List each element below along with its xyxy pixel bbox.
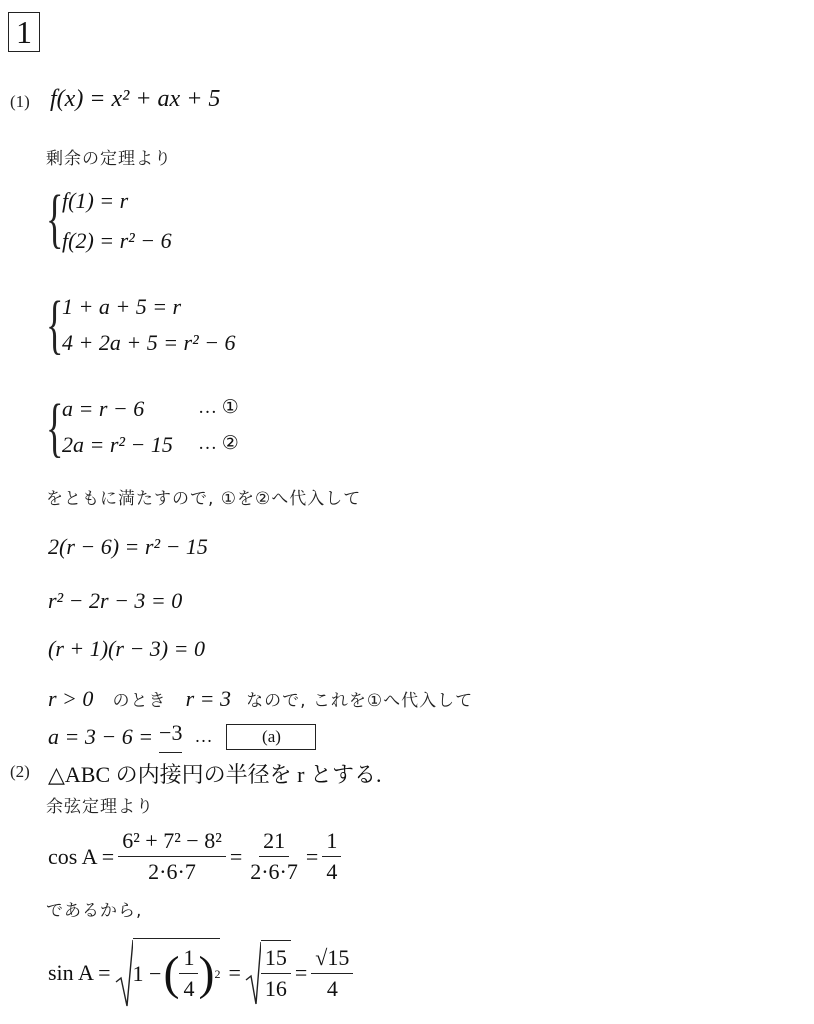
- sin-frac-num: 15: [261, 943, 291, 974]
- part1-label: (1): [10, 92, 30, 112]
- sin-inner-frac: 1 4: [179, 943, 198, 1004]
- condition-value: r = 3: [186, 686, 231, 711]
- system3-mark2: … ②: [198, 432, 239, 455]
- cos-frac-3-den: 4: [322, 857, 341, 887]
- step-2: r² − 2r − 3 = 0: [48, 588, 182, 614]
- cos-lhs: cos A =: [48, 844, 114, 870]
- cos-frac-1-den: 2·6·7: [144, 857, 200, 887]
- system1-eq2: f(2) = r² − 6: [62, 228, 172, 254]
- cos-frac-2-den: 2·6·7: [246, 857, 302, 887]
- system3-brace: {: [46, 395, 63, 461]
- sin-result-den: 4: [323, 974, 342, 1004]
- system3-mark1: … ①: [198, 396, 239, 419]
- sqrt-radicand-1: 1 − ( 1 4 ) 2: [133, 938, 221, 1004]
- sin-result-frac: √15 4: [311, 943, 353, 1004]
- system1-eq1: f(1) = r: [62, 188, 128, 214]
- answer-prefix: a = 3 − 6 =: [48, 724, 153, 750]
- cos-frac-2: 21 2·6·7: [246, 826, 302, 887]
- equals: =: [306, 844, 318, 870]
- part2-label: (2): [10, 762, 30, 782]
- problem-number-box: 1: [8, 12, 40, 52]
- system3-eq2: 2a = r² − 15: [62, 432, 173, 458]
- cos-equation: cos A = 6² + 7² − 8² 2·6·7 = 21 2·6·7 = …: [48, 826, 341, 887]
- sin-inner-den: 4: [179, 974, 198, 1004]
- equals: =: [295, 960, 307, 986]
- system3-eq1: a = r − 6: [62, 396, 144, 422]
- answer-box-a: (a): [226, 724, 316, 750]
- system1-brace: {: [46, 186, 63, 252]
- sqrt-sign-icon: [115, 938, 133, 1008]
- sin-result-num: √15: [311, 943, 353, 974]
- cos-frac-3: 1 4: [322, 826, 341, 887]
- cos-frac-1-num: 6² + 7² − 8²: [118, 826, 226, 857]
- remainder-theorem-text: 剰余の定理より: [46, 144, 172, 169]
- cos-frac-1: 6² + 7² − 8² 2·6·7: [118, 826, 226, 887]
- step-1: 2(r − 6) = r² − 15: [48, 534, 208, 560]
- system2-eq2: 4 + 2a + 5 = r² − 6: [62, 330, 236, 356]
- system2-eq1: 1 + a + 5 = r: [62, 294, 181, 320]
- paren-open: (: [163, 946, 179, 1001]
- sqrt-radicand-2: 15 16: [261, 940, 291, 1004]
- answer-line: a = 3 − 6 = −3 … (a): [48, 720, 316, 753]
- problem-number: 1: [16, 14, 32, 50]
- equals: =: [228, 960, 240, 986]
- cos-frac-3-num: 1: [322, 826, 341, 857]
- sqrt-sign-icon: [245, 940, 261, 1006]
- sin-frac-den: 16: [261, 974, 291, 1004]
- sin-lhs: sin A =: [48, 960, 111, 986]
- sin-inner-num: 1: [179, 943, 198, 974]
- function-definition: f(x) = x² + ax + 5: [50, 86, 220, 113]
- sin-frac: 15 16: [261, 943, 291, 1004]
- cos-frac-2-num: 21: [259, 826, 289, 857]
- sin-equation: sin A = 1 − ( 1 4 ) 2 = 15 16 = √15 4: [48, 938, 353, 1008]
- equals: =: [230, 844, 242, 870]
- paren-close: ): [198, 946, 214, 1001]
- cosine-law-text: 余弦定理より: [46, 792, 154, 817]
- step-3: (r + 1)(r − 3) = 0: [48, 636, 205, 662]
- condition-text: なので, これを①へ代入して: [246, 691, 473, 711]
- answer-dots: …: [194, 726, 212, 747]
- system2-brace: {: [46, 292, 63, 358]
- substitute-text: をともに満たすので, ①を②へ代入して: [46, 484, 361, 509]
- therefore-text: であるから,: [46, 896, 142, 921]
- condition-line: r > 0 のとき r = 3 なので, これを①へ代入して: [48, 686, 473, 712]
- condition-inequality: r > 0: [48, 686, 93, 711]
- condition-when: のとき: [113, 691, 167, 711]
- part2-intro: △ABC の内接円の半径を r とする.: [48, 758, 381, 789]
- answer-value: −3: [159, 720, 182, 753]
- sin-inner-one: 1 −: [133, 961, 162, 987]
